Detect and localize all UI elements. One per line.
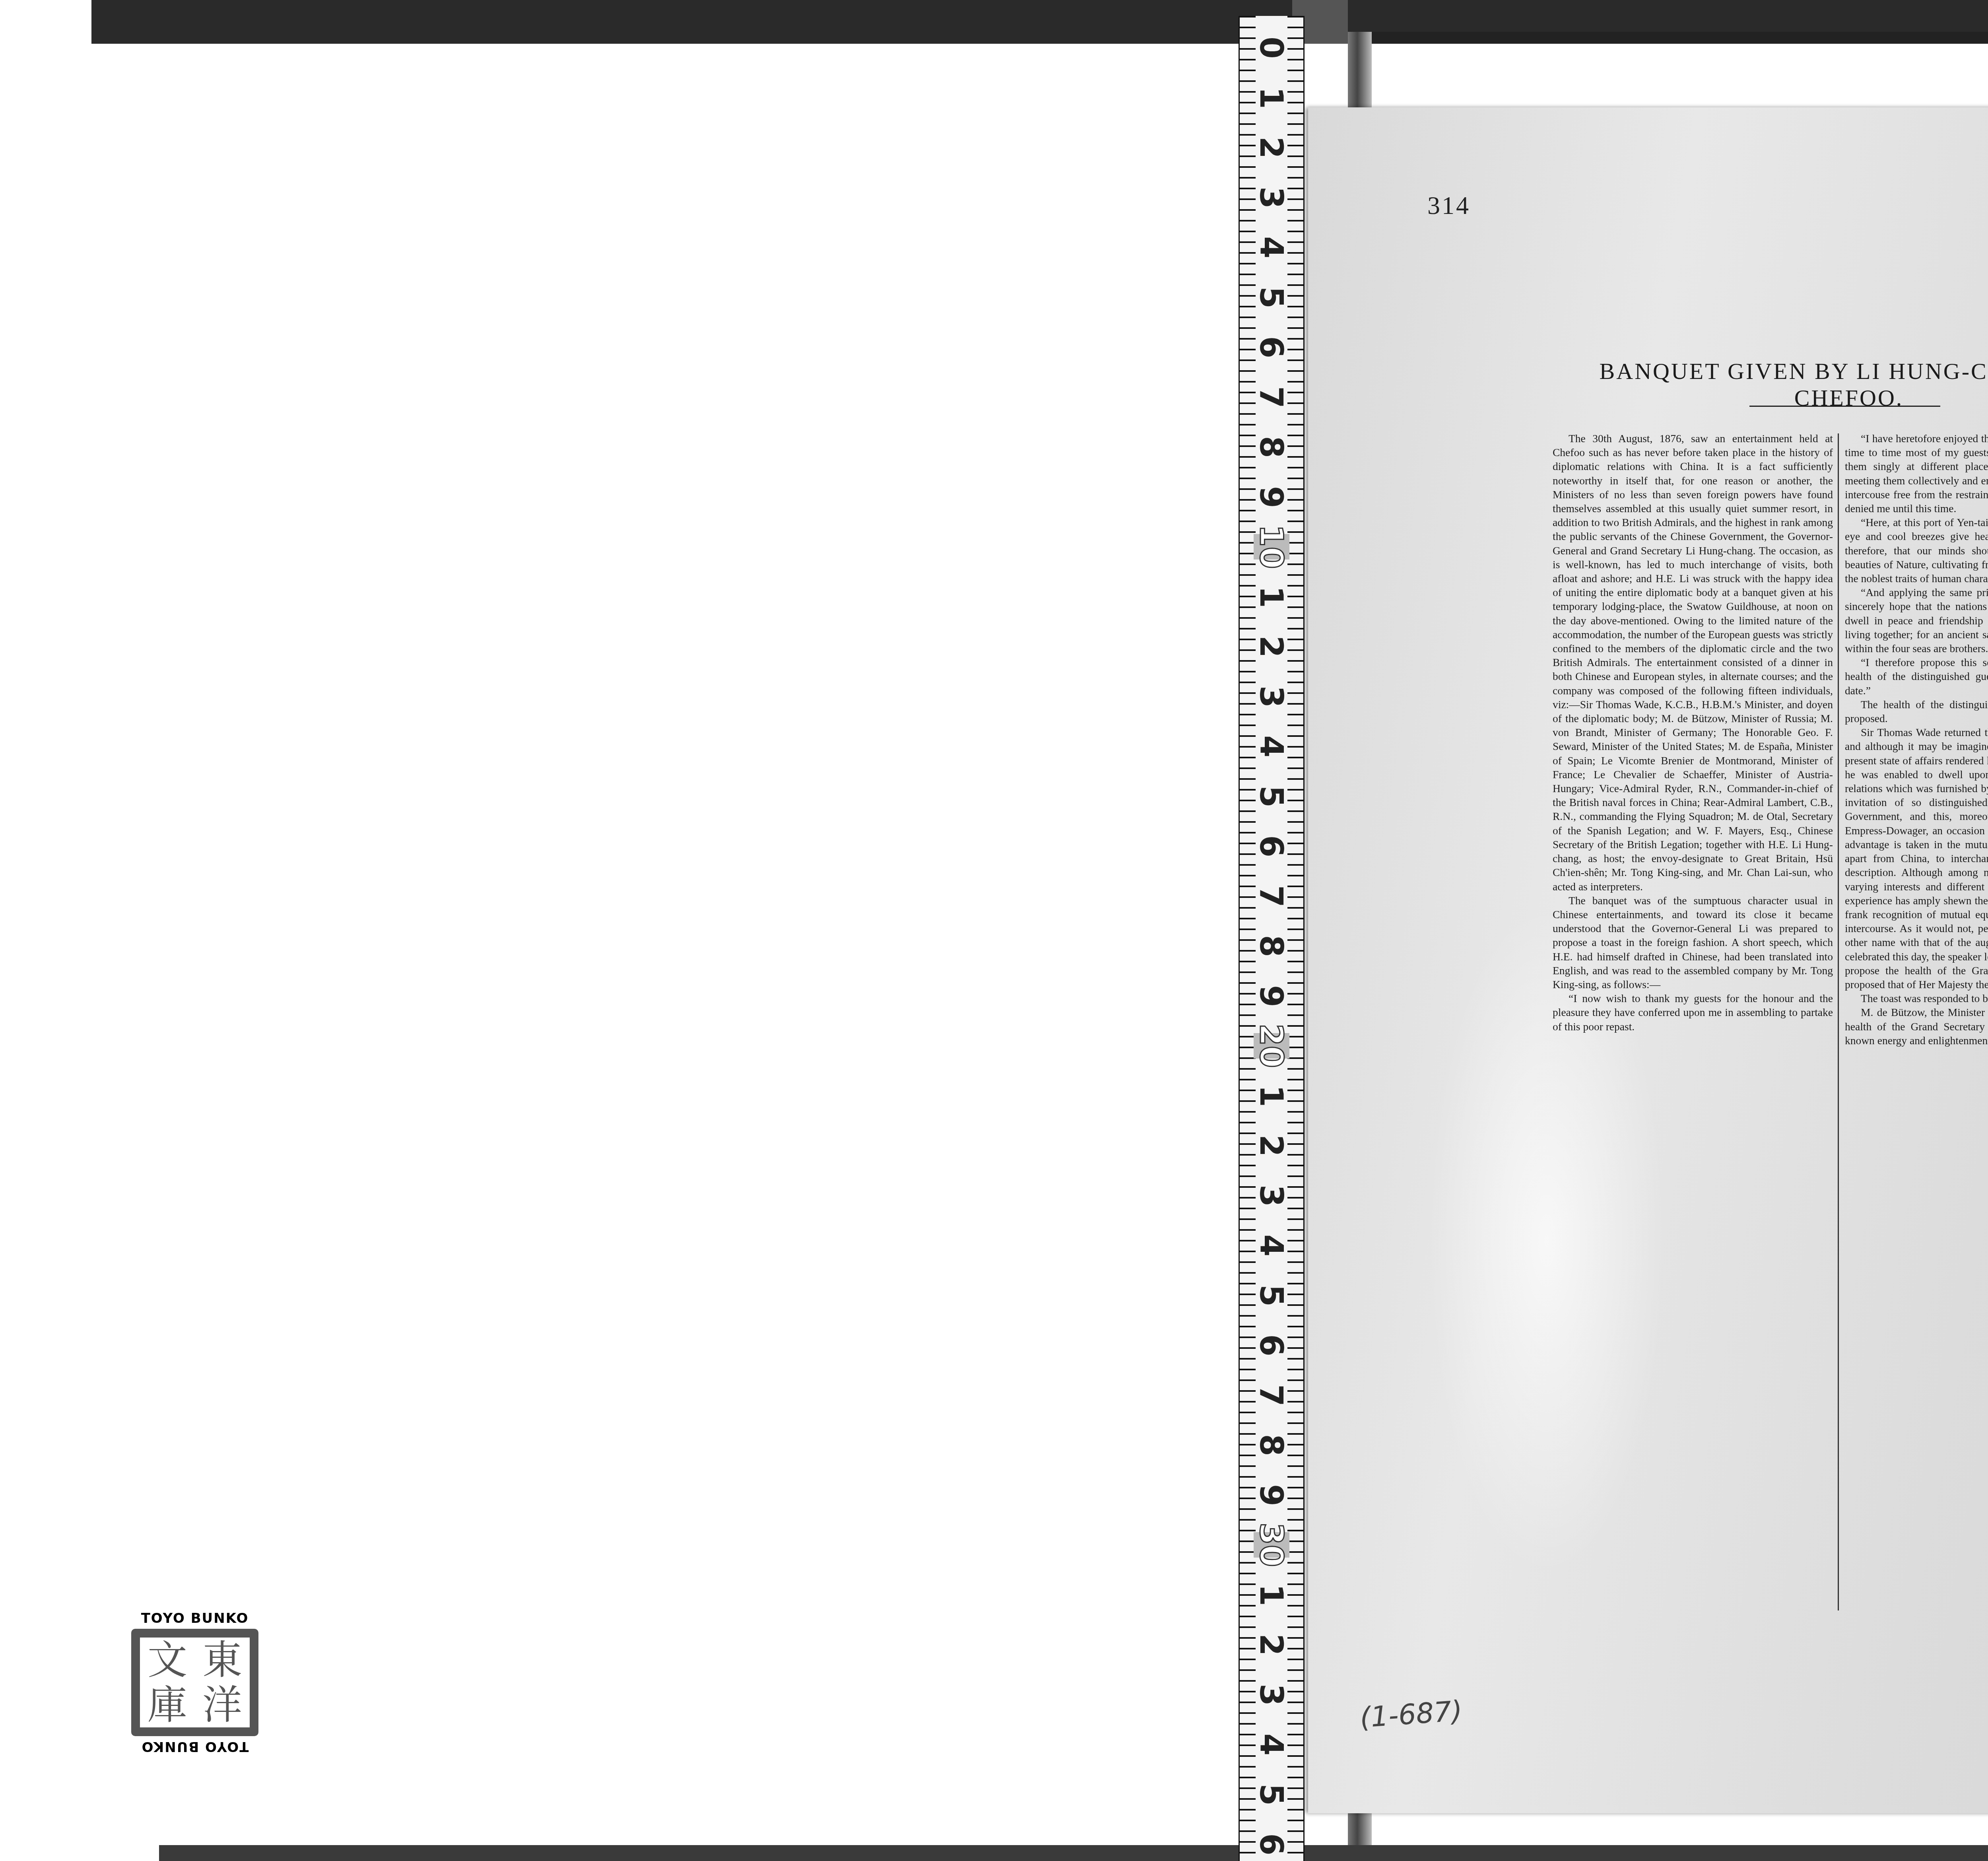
ruler-label: 1 [1254, 1582, 1289, 1608]
ruler-label: 6 [1254, 833, 1289, 859]
ruler-label: 8 [1254, 933, 1289, 959]
ruler-label: 9 [1254, 484, 1289, 510]
ruler-label: 2 [1254, 135, 1289, 160]
column-divider [1838, 433, 1839, 1610]
logo-kanji: 東 [202, 1640, 242, 1680]
ruler-label: 8 [1254, 434, 1289, 460]
article-title: BANQUET GIVEN BY LI HUNG-CHANG AT CHEFOO… [1551, 358, 1988, 411]
ruler-label: 4 [1254, 1233, 1289, 1258]
ruler-label: 3 [1254, 684, 1289, 709]
paragraph: Sir Thomas Wade returned thanks for the … [1845, 725, 1988, 991]
ruler-label: 6 [1254, 1832, 1289, 1857]
ruler-label: 2 [1254, 1632, 1289, 1657]
right-text-column: “I have heretofore enjoyed the gratifica… [1845, 431, 1988, 1047]
ruler-label: 2 [1254, 1133, 1289, 1158]
logo-text: TOYO BUNKO [127, 1610, 262, 1626]
scanner-bed-bottom-edge [159, 1845, 1988, 1861]
paragraph: “I have heretofore enjoyed the gratifica… [1845, 431, 1988, 515]
toyo-bunko-logo: TOYO BUNKO 東 洋 文 庫 TOYO BUNKO [127, 1610, 262, 1754]
logo-kanji: 洋 [202, 1685, 242, 1725]
paragraph: M. de Bützow, the Minister of Russia, ne… [1845, 1005, 1988, 1047]
ruler-label: 8 [1254, 1432, 1289, 1458]
ruler-label: 7 [1254, 385, 1289, 410]
ruler-label: 7 [1254, 884, 1289, 909]
ruler-label: 5 [1254, 285, 1289, 310]
ruler-label: 1 [1254, 1083, 1289, 1109]
ruler-label: 10 [1254, 534, 1289, 559]
logo-kanji: 庫 [148, 1685, 187, 1725]
ruler-label: 3 [1254, 185, 1289, 210]
ruler-label: 9 [1254, 983, 1289, 1009]
ruler-label: 0 [1254, 35, 1289, 60]
page-top-shadow [1372, 32, 1988, 44]
ruler-label: 6 [1254, 1333, 1289, 1358]
paragraph: “Here, at this port of Yen-tai, beautifu… [1845, 515, 1988, 585]
ruler-label: 5 [1254, 1782, 1289, 1807]
paragraph: The toast was responded to by all the gu… [1845, 991, 1988, 1005]
paragraph: “I now wish to thank my guests for the h… [1553, 991, 1833, 1033]
ruler-label: 9 [1254, 1482, 1289, 1508]
measuring-ruler: 0123456789101234567892012345678930123456 [1239, 16, 1305, 1861]
ruler-label: 4 [1254, 235, 1289, 260]
ruler-label: 3 [1254, 1682, 1289, 1708]
ruler-label: 5 [1254, 1283, 1289, 1308]
ruler-label: 30 [1254, 1532, 1289, 1558]
ruler-label: 6 [1254, 334, 1289, 360]
ruler-label: 5 [1254, 784, 1289, 809]
ruler-label: 7 [1254, 1383, 1289, 1408]
ruler-label: 4 [1254, 734, 1289, 759]
paragraph: The banquet was of the sumptuous charact… [1553, 894, 1833, 991]
logo-kanji: 文 [148, 1640, 187, 1680]
ruler-label: 4 [1254, 1732, 1289, 1757]
ruler-label: 1 [1254, 85, 1289, 111]
ruler-label: 2 [1254, 634, 1289, 659]
ruler-label: 3 [1254, 1183, 1289, 1208]
ruler-label: 20 [1254, 1033, 1289, 1059]
page-number: 314 [1427, 191, 1470, 220]
paragraph: The 30th August, 1876, saw an entertainm… [1553, 431, 1833, 894]
ruler-label: 1 [1254, 584, 1289, 610]
paragraph: “I therefore propose this sentiment as c… [1845, 655, 1988, 697]
paragraph: “And applying the same principle to our … [1845, 585, 1988, 655]
title-rule [1749, 406, 1940, 407]
logo-seal: 東 洋 文 庫 [131, 1629, 258, 1736]
paragraph: The health of the distinguished guests p… [1845, 697, 1988, 725]
left-text-column: The 30th August, 1876, saw an entertainm… [1553, 431, 1833, 1033]
logo-text-inverted: TOYO BUNKO [127, 1739, 262, 1754]
